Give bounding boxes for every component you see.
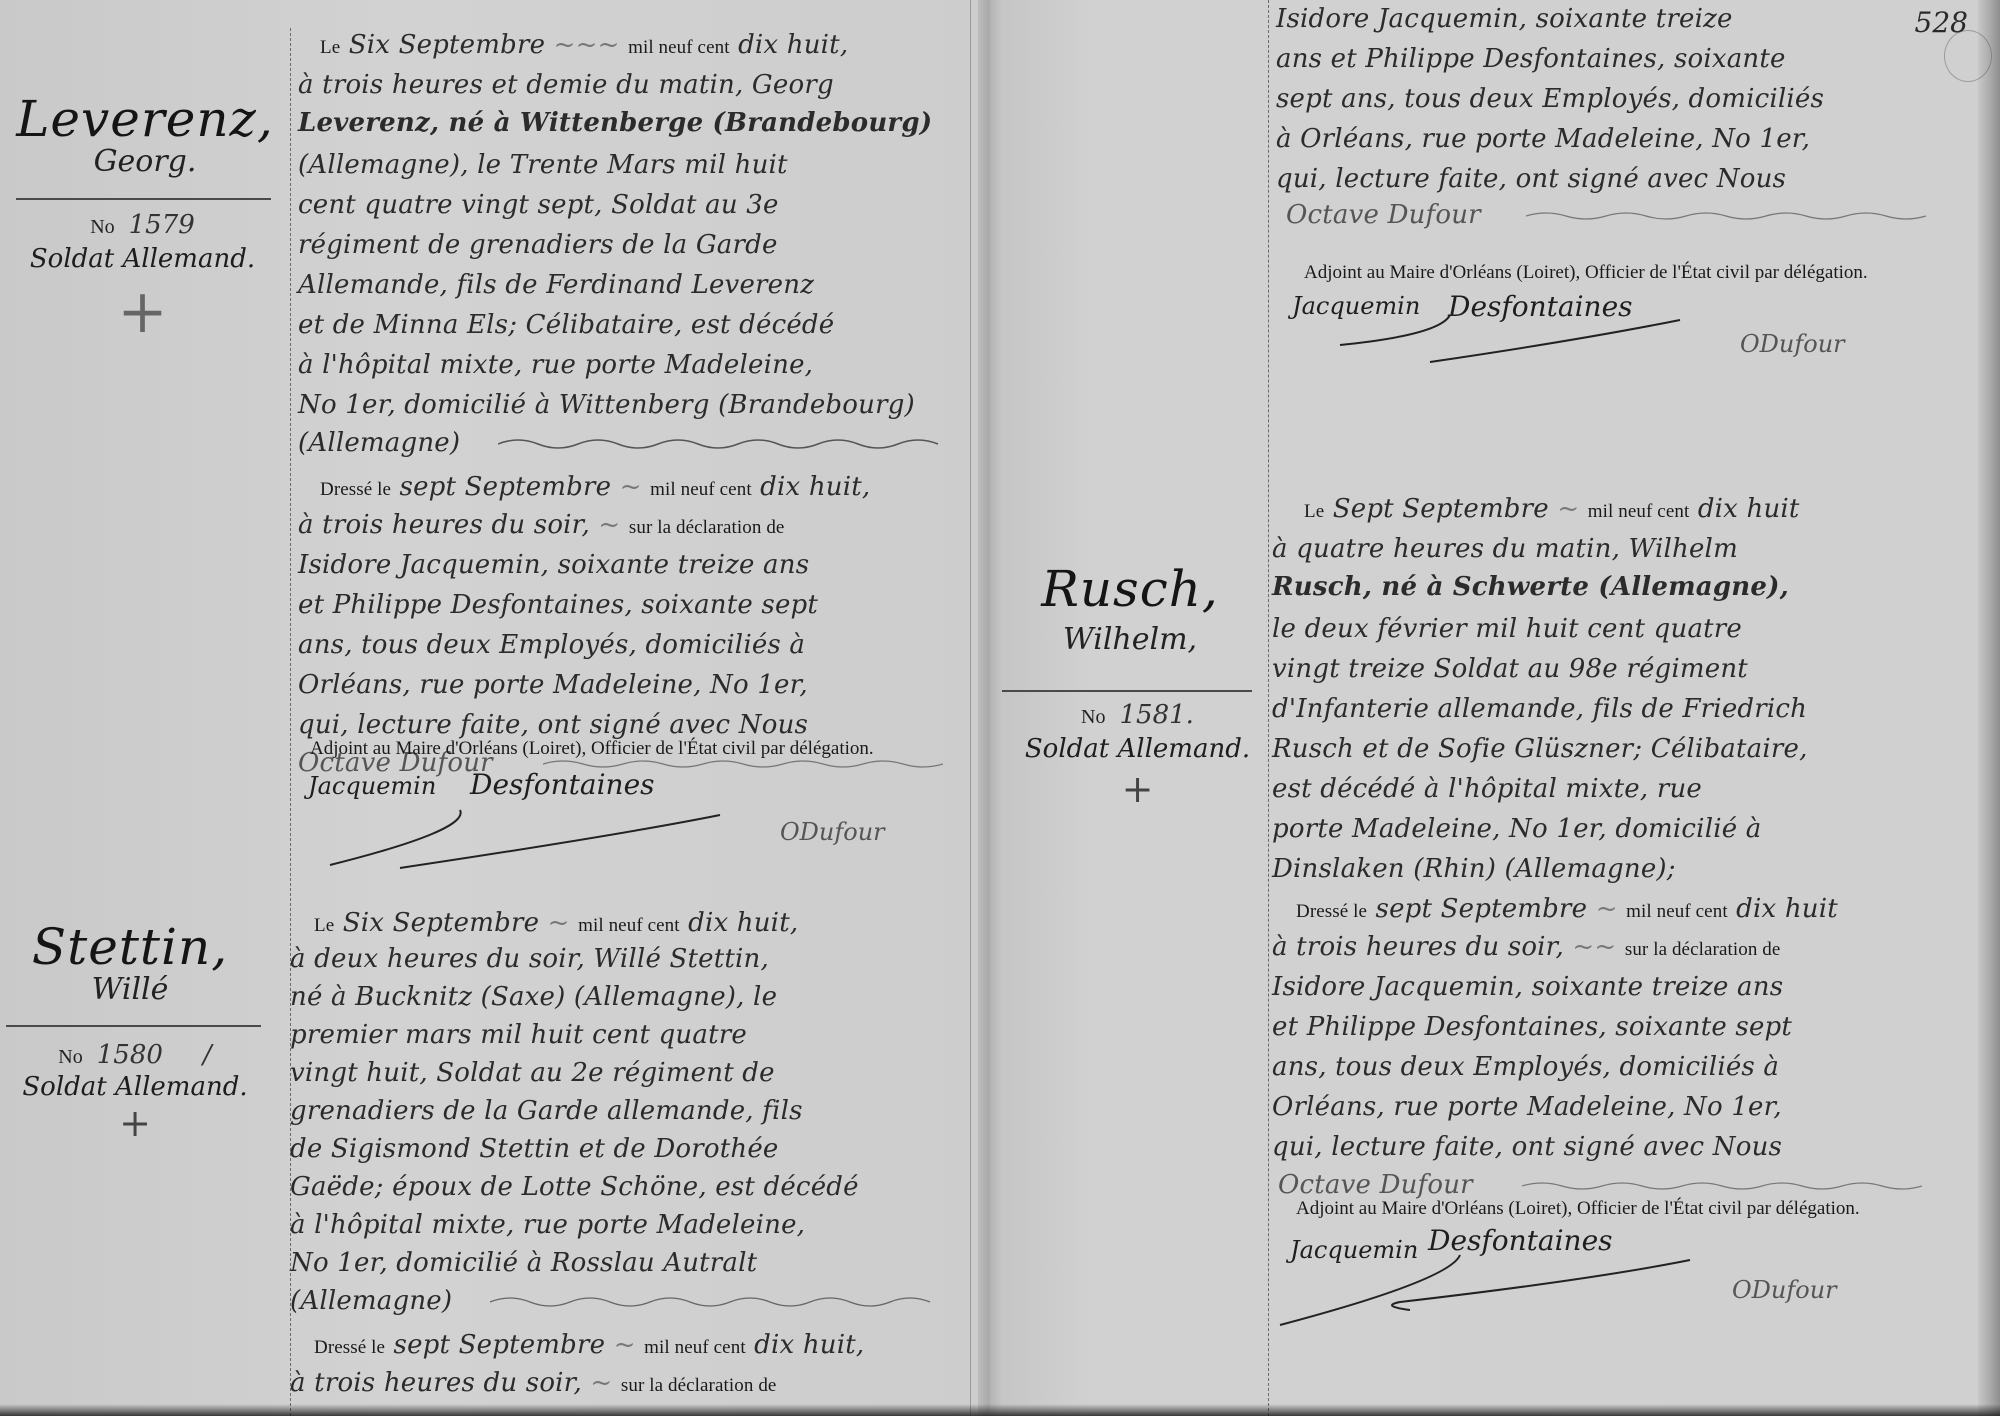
- act-date: Sept Septembre: [1333, 494, 1549, 524]
- act-line: Rusch, né à Schwerte (Allemagne),: [1272, 572, 1789, 602]
- book-gutter: [978, 0, 1002, 1416]
- declarant-line: ans, tous deux Employés, domiciliés à: [298, 630, 805, 660]
- act-line: Leverenz, né à Wittenberge (Brandebourg): [298, 108, 932, 138]
- declarant-line: et Philippe Desfontaines, soixante sept: [298, 590, 818, 620]
- printed-dresse-le: Dressé le: [1296, 901, 1367, 922]
- drafted-date: sept Septembre: [394, 1330, 606, 1360]
- deceased-cross-icon: +: [0, 282, 285, 342]
- signature-flourish: [320, 790, 740, 870]
- act-line: cent quatre vingt sept, Soldat au 3e: [298, 190, 779, 220]
- act-line: premier mars mil huit cent quatre: [290, 1020, 747, 1050]
- declarant-line: Isidore Jacquemin, soixante treize: [1276, 4, 1733, 34]
- printed-dresse-le: Dressé le: [314, 1337, 385, 1358]
- record-number: 1579: [129, 210, 195, 240]
- printed-declaration: sur la déclaration de: [629, 517, 785, 538]
- printed-year-prefix: mil neuf cent: [628, 37, 730, 58]
- page-border-line: [970, 0, 971, 1416]
- declarant-line: qui, lecture faite, ont signé avec Nous: [1276, 164, 1786, 194]
- act-year: dix huit: [1698, 494, 1800, 524]
- firstname: Willé: [10, 972, 250, 1007]
- fill-line-flourish: [498, 432, 948, 452]
- fill-line-flourish: [490, 1290, 940, 1310]
- printed-year-prefix: mil neuf cent: [1588, 501, 1690, 522]
- act-line: de Sigismond Stettin et de Dorothée: [290, 1134, 779, 1164]
- signature-flourish: [1270, 1240, 1720, 1330]
- act-line: vingt huit, Soldat au 2e régiment de: [290, 1058, 775, 1088]
- margin-divider: [16, 198, 271, 200]
- act-line: Rusch et de Sofie Glüszner; Célibataire,: [1272, 734, 1808, 764]
- declarant-line: Orléans, rue porte Madeleine, No 1er,: [298, 670, 808, 700]
- printed-le: Le: [1304, 501, 1324, 522]
- printed-dresse-le: Dressé le: [320, 479, 391, 500]
- act-line: le deux février mil huit cent quatre: [1272, 614, 1742, 644]
- no-label: No: [1081, 706, 1105, 728]
- margin-record-info-1579: No1579 Soldat Allemand. +: [0, 210, 285, 342]
- signature-dufour: ODufour: [1732, 1276, 1837, 1304]
- declarant-line: Isidore Jacquemin, soixante treize ans: [1272, 972, 1783, 1002]
- declarant-line: Isidore Jacquemin, soixante treize ans: [298, 550, 809, 580]
- act-line: Allemande, fils de Ferdinand Leverenz: [298, 270, 814, 300]
- page-edge: [1978, 0, 2000, 1416]
- act-line: vingt treize Soldat au 98e régiment: [1272, 654, 1748, 684]
- no-label: No: [90, 216, 114, 238]
- record-number-mark: /: [203, 1040, 212, 1070]
- adjoint-caption: Adjoint au Maire d'Orléans (Loiret), Off…: [310, 738, 874, 760]
- act-line: à deux heures du soir, Willé Stettin,: [290, 944, 769, 974]
- officer-name: Octave Dufour: [1278, 1170, 1473, 1200]
- record-number: 1581.: [1120, 700, 1194, 730]
- printed-declaration: sur la déclaration de: [1625, 939, 1781, 960]
- margin-entry-stettin: Stettin, Willé: [10, 918, 250, 1007]
- no-label: No: [58, 1046, 82, 1068]
- act-line: (Allemagne): [290, 1286, 452, 1316]
- act-line: est décédé à l'hôpital mixte, rue: [1272, 774, 1702, 804]
- act-date: Six Septembre: [349, 30, 545, 60]
- margin-record-info-1580: No1580/ Soldat Allemand. +: [0, 1040, 270, 1142]
- fill-line-flourish: [1522, 1174, 1922, 1194]
- drafted-year: dix huit: [1736, 894, 1838, 924]
- act-line: porte Madeleine, No 1er, domicilié à: [1272, 814, 1761, 844]
- printed-le: Le: [314, 915, 334, 936]
- printed-year-prefix: mil neuf cent: [578, 915, 680, 936]
- margin-entry-rusch: Rusch, Wilhelm,: [1010, 560, 1250, 657]
- officer-name: Octave Dufour: [1286, 200, 1481, 230]
- firstname: Wilhelm,: [1010, 622, 1250, 657]
- ink-stamp-mark: [1944, 30, 1992, 82]
- act-line: et de Minna Els; Célibataire, est décédé: [298, 310, 834, 340]
- act-line: Dinslaken (Rhin) (Allemagne);: [1272, 854, 1676, 884]
- status-label: Soldat Allemand.: [0, 244, 285, 274]
- declarant-line: Orléans, rue porte Madeleine, No 1er,: [1272, 1092, 1782, 1122]
- surname: Rusch,: [1010, 560, 1250, 618]
- act-line: No 1er, domicilié à Wittenberg (Brandebo…: [298, 390, 915, 420]
- declarant-line: ans, tous deux Employés, domiciliés à: [1272, 1052, 1779, 1082]
- drafted-time: à trois heures du soir,: [298, 510, 590, 540]
- status-label: Soldat Allemand.: [1005, 734, 1270, 764]
- act-line: à l'hôpital mixte, rue porte Madeleine,: [298, 350, 813, 380]
- declarant-line: ans et Philippe Desfontaines, soixante: [1276, 44, 1786, 74]
- act-line: à quatre heures du matin, Wilhelm: [1272, 534, 1738, 564]
- surname: Leverenz,: [10, 90, 280, 148]
- margin-record-info-1581: No1581. Soldat Allemand. +: [1005, 700, 1270, 808]
- act-line: No 1er, domicilié à Rosslau Autralt: [290, 1248, 757, 1278]
- status-label: Soldat Allemand.: [0, 1072, 270, 1102]
- signature-flourish: [1300, 300, 1720, 370]
- printed-year-prefix: mil neuf cent: [650, 479, 752, 500]
- firstname: Georg.: [10, 144, 280, 179]
- drafted-time: à trois heures du soir,: [290, 1368, 582, 1398]
- margin-divider: [1002, 690, 1252, 692]
- act-line: (Allemagne), le Trente Mars mil huit: [298, 150, 788, 180]
- adjoint-caption: Adjoint au Maire d'Orléans (Loiret), Off…: [1304, 262, 1868, 284]
- declarant-line: sept ans, tous deux Employés, domiciliés: [1276, 84, 1824, 114]
- page-bottom-shadow: [0, 1404, 2000, 1416]
- drafted-date: sept Septembre: [1376, 894, 1588, 924]
- act-line: (Allemagne): [298, 428, 460, 458]
- margin-column-rule-left: [290, 28, 291, 1416]
- margin-divider: [6, 1025, 261, 1027]
- act-date: Six Septembre: [343, 908, 539, 938]
- record-number: 1580: [97, 1040, 163, 1070]
- act-line: grenadiers de la Garde allemande, fils: [290, 1096, 803, 1126]
- printed-year-prefix: mil neuf cent: [644, 1337, 746, 1358]
- declarant-line: et Philippe Desfontaines, soixante sept: [1272, 1012, 1792, 1042]
- register-spread: Leverenz, Georg. No1579 Soldat Allemand.…: [0, 0, 2000, 1416]
- printed-year-prefix: mil neuf cent: [1626, 901, 1728, 922]
- drafted-date: sept Septembre: [400, 472, 612, 502]
- drafted-time: à trois heures du soir,: [1272, 932, 1564, 962]
- declarant-line: à Orléans, rue porte Madeleine, No 1er,: [1276, 124, 1810, 154]
- signature-dufour: ODufour: [780, 818, 885, 846]
- declarant-line: qui, lecture faite, ont signé avec Nous: [298, 710, 808, 740]
- act-line: régiment de grenadiers de la Garde: [298, 230, 778, 260]
- fill-line-flourish: [1526, 204, 1936, 224]
- act-line: d'Infanterie allemande, fils de Friedric…: [1272, 694, 1807, 724]
- deceased-cross-icon: +: [0, 1104, 270, 1142]
- declarant-line: qui, lecture faite, ont signé avec Nous: [1272, 1132, 1782, 1162]
- act-year: dix huit,: [688, 908, 798, 938]
- margin-entry-leverenz: Leverenz, Georg.: [10, 90, 280, 179]
- deceased-cross-icon: +: [1005, 770, 1270, 808]
- act-line: à trois heures et demie du matin, Georg: [298, 70, 834, 100]
- drafted-year: dix huit,: [760, 472, 870, 502]
- surname: Stettin,: [10, 918, 250, 976]
- signature-dufour: ODufour: [1740, 330, 1845, 358]
- adjoint-caption: Adjoint au Maire d'Orléans (Loiret), Off…: [1296, 1198, 1860, 1220]
- act-line: Gaëde; époux de Lotte Schöne, est décédé: [290, 1172, 859, 1202]
- drafted-year: dix huit,: [754, 1330, 864, 1360]
- printed-le: Le: [320, 37, 340, 58]
- act-line: né à Bucknitz (Saxe) (Allemagne), le: [290, 982, 777, 1012]
- act-line: à l'hôpital mixte, rue porte Madeleine,: [290, 1210, 805, 1240]
- printed-declaration: sur la déclaration de: [621, 1375, 777, 1396]
- act-year: dix huit,: [738, 30, 848, 60]
